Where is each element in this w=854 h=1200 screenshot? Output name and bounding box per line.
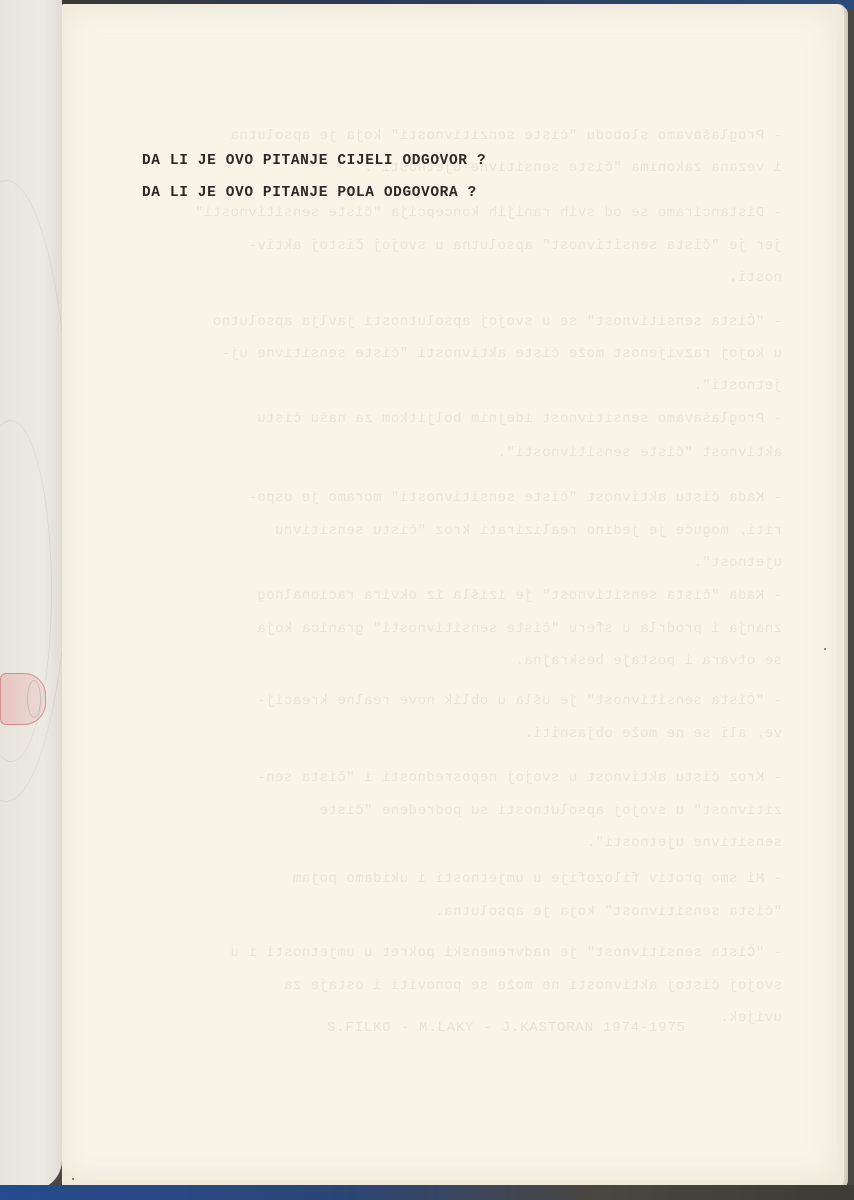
ghost-line: jetnosti".	[693, 378, 782, 394]
binding-bottom	[0, 1185, 854, 1200]
ghost-line: - Kada "čista sensitivnost" je izišla iz…	[257, 588, 782, 604]
question-whole-answer: DA LI JE OVO PITANJE CIJELI ODGOVOR ?	[142, 153, 486, 169]
ghost-line: u kojoj razvijenost može čiste aktivnost…	[221, 346, 782, 362]
ghost-line: - Proglašavamo sensitivnost idejnim bolj…	[257, 411, 782, 427]
ghost-line: - Mi smo protiv filozofije u umjetnosti …	[292, 871, 782, 887]
ghost-line: - Kada čistu aktivnost "čiste sensitivno…	[248, 490, 782, 506]
ghost-line: "čista sensitivnost" koja je apsolutna.	[435, 904, 782, 920]
ghost-line: - Distanciramo se od svih ranijih koncep…	[195, 205, 783, 221]
ghost-line: riti, moguće je jedino realizirati kroz …	[275, 523, 782, 539]
paper-speck	[72, 1178, 74, 1180]
ghost-line: se otvara i postaje beskrajna.	[515, 653, 782, 669]
left-facing-page	[0, 0, 62, 1190]
red-pencil-mark	[0, 673, 46, 725]
ghost-line: svojoj čistoj aktivnosti ne može se pono…	[284, 978, 782, 994]
ghost-line: - "Čista sensitivnost" je nadvremenski p…	[230, 945, 782, 961]
ghost-line: aktivnost "čiste sensitivnosti".	[497, 445, 782, 461]
ghost-line: - "Čista sensitivnost" je ušla u oblik n…	[257, 693, 782, 709]
question-half-answer: DA LI JE OVO PITANJE POLA ODGOVORA ?	[142, 185, 477, 201]
ghost-line: sensitivne ujetnosti".	[586, 835, 782, 851]
ghost-line: - Kroz čistu aktivnost u svojoj neposred…	[257, 770, 782, 786]
ghost-line: - Proglašavamo slobodu "čiste senzitivno…	[230, 128, 782, 144]
document-page: - Proglašavamo slobodu "čiste senzitivno…	[62, 8, 837, 1180]
ghost-line: nosti.	[729, 270, 782, 286]
ghost-line: jer je "čista sensitivnost" apsolutna u …	[248, 238, 782, 254]
ghost-line: ve, ali se ne može objasniti.	[524, 726, 782, 742]
paper-speck	[824, 648, 826, 650]
show-through-signature: S.FILKO - M.LAKY - J.KASTORAN 1974-1975	[327, 1020, 686, 1036]
ghost-line: znanja i prodrla u sferu "čiste sensitiv…	[257, 621, 782, 637]
ghost-line: uvijek.	[720, 1010, 782, 1026]
ghost-line: zitivnost" u svojoj apsolutnosti su podr…	[319, 803, 782, 819]
ghost-line: ujetnost".	[693, 555, 782, 571]
ghost-line: - "Čista sensitivnost" se u svojoj apsol…	[212, 314, 782, 330]
